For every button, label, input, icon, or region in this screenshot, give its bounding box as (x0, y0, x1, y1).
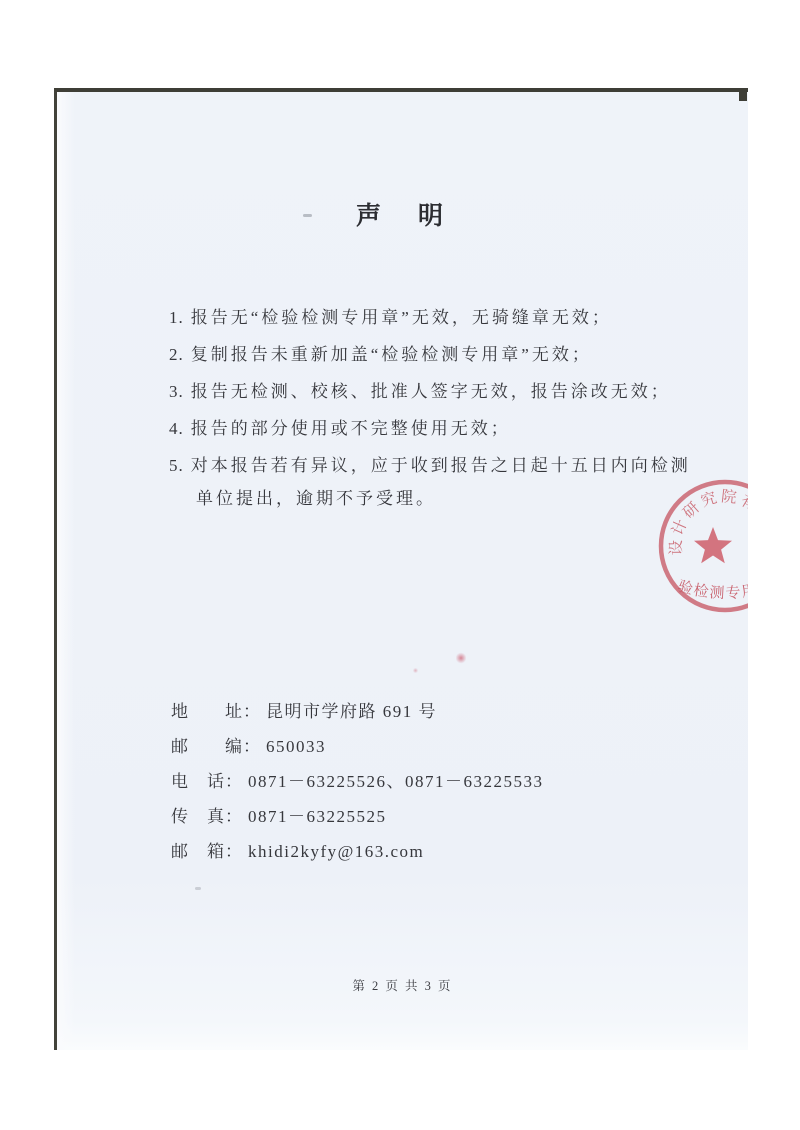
contact-label: 电 话： (171, 772, 243, 791)
statement-line: 4.报告的部分使用或不完整使用无效； (169, 419, 734, 439)
contact-row: 地 址：昆明市学府路 691 号 (171, 701, 544, 723)
scan-edge-mark (739, 88, 747, 101)
statement-text: 报告的部分使用或不完整使用无效； (191, 419, 511, 438)
statement-text: 报告无检测、校核、批准人签字无效，报告涂改无效； (191, 382, 671, 401)
statement-item: 3.报告无检测、校核、批准人签字无效，报告涂改无效； (169, 382, 734, 402)
contact-label: 邮 箱： (171, 842, 243, 861)
contact-value: 650033 (266, 737, 326, 756)
item-number: 5. (169, 456, 184, 475)
statement-line: 2.复制报告未重新加盖“检验检测专用章”无效； (169, 345, 734, 365)
red-ink-speck (413, 668, 418, 673)
contact-row: 邮 箱：khidi2kyfy@163.com (171, 841, 544, 863)
statement-text: 复制报告未重新加盖“检验检测专用章”无效； (191, 345, 592, 364)
contact-value: 0871－63225526、0871－63225533 (248, 772, 544, 791)
contact-row: 邮 编：650033 (171, 736, 544, 758)
statement-line: 3.报告无检测、校核、批准人签字无效，报告涂改无效； (169, 382, 734, 402)
statement-text: 报告无“检验检测专用章”无效，无骑缝章无效； (191, 308, 612, 327)
contact-value: 0871－63225525 (248, 807, 387, 826)
scanned-page: 声 明 1.报告无“检验检测专用章”无效，无骑缝章无效；2.复制报告未重新加盖“… (54, 88, 748, 1050)
contact-row: 电 话：0871－63225526、0871－63225533 (171, 771, 544, 793)
red-ink-speck (456, 652, 466, 664)
contact-row: 传 真：0871－63225525 (171, 806, 544, 828)
contact-value: 昆明市学府路 691 号 (266, 702, 437, 721)
contact-label: 地 址： (171, 702, 261, 721)
contact-label: 邮 编： (171, 737, 261, 756)
contact-value: khidi2kyfy@163.com (248, 842, 424, 861)
item-number: 3. (169, 382, 184, 401)
statement-item: 1.报告无“检验检测专用章”无效，无骑缝章无效； (169, 308, 734, 328)
page-number: 第 2 页 共 3 页 (57, 976, 748, 994)
item-number: 4. (169, 419, 184, 438)
page-title: 声 明 (57, 196, 748, 232)
statement-text: 单位提出，逾期不予受理。 (196, 489, 436, 508)
statement-item: 4.报告的部分使用或不完整使用无效； (169, 419, 734, 439)
star-icon (694, 527, 732, 563)
contact-label: 传 真： (171, 807, 243, 826)
statement-text: 对本报告若有异议，应于收到报告之日起十五日内向检测 (191, 456, 691, 475)
item-number: 2. (169, 345, 184, 364)
contact-block: 地 址：昆明市学府路 691 号邮 编：650033电 话：0871－63225… (171, 701, 544, 876)
statement-line: 1.报告无“检验检测专用章”无效，无骑缝章无效； (169, 308, 734, 328)
item-number: 1. (169, 308, 184, 327)
screenshot-root: { "document": { "title": "声 明", "stateme… (0, 0, 800, 1130)
inspection-seal-stamp: 设计研究院有 验检测专用章 (650, 471, 748, 621)
scan-speck (195, 887, 201, 890)
statement-item: 2.复制报告未重新加盖“检验检测专用章”无效； (169, 345, 734, 365)
